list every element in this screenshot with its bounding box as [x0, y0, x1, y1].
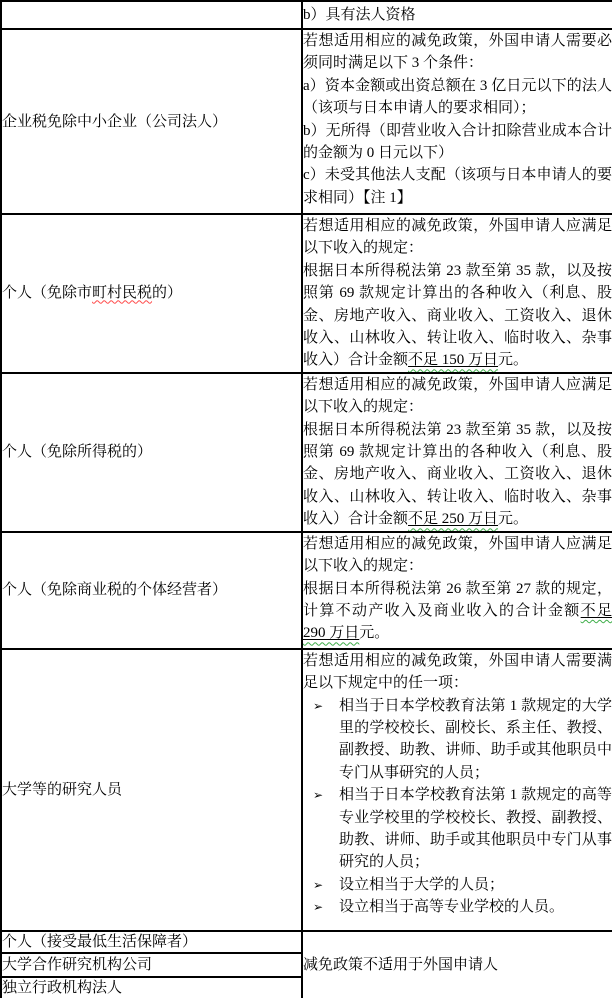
arrow-bullet-icon: ➢ [303, 896, 339, 918]
text-run: 若想适用相应的减免政策，外国申请人应满足以下收入的规定： [303, 536, 612, 574]
text-run: 个人（接受最低生活保障者） [2, 934, 197, 950]
text-run: b）无所得（即营业收入合计扣除营业成本合计的金额为 0 日元以下） [303, 123, 612, 161]
text-run: 独立行政机构法人 [2, 980, 122, 996]
category-cell: 个人（接受最低生活保障者） [1, 931, 302, 953]
category-cell: 个人（免除商业税的个体经营者） [1, 532, 302, 649]
category-cell [1, 1, 302, 29]
text-run: 设立相当于大学的人员； [339, 877, 504, 893]
policy-paragraph: 根据日本所得税法第 26 款至第 27 款的规定，计算不动产收入及商业收入的合计… [303, 578, 612, 645]
category-cell: 独立行政机构法人 [1, 977, 302, 998]
text-run: c）未受其他法人支配（该项与日本申请人的要求相同）【注 1】 [303, 167, 612, 205]
row-individual-minimum-living-allowance: 个人（接受最低生活保障者）减免政策不适用于外国申请人 [1, 931, 612, 953]
tax-exemption-policy-table: b）具有法人资格企业税免除中小企业（公司法人）若想适用相应的减免政策，外国申请人… [0, 0, 612, 998]
not-applicable-note: 减免政策不适用于外国申请人 [303, 957, 498, 973]
policy-paragraph: a）资本金额或出资总额在 3 亿日元以下的法人（该项与日本申请人的要求相同）； [303, 75, 612, 120]
bullet-item-text: 相当于日本学校教育法第 1 款规定的高等专业学校里的学校校长、教授、副教授、助教… [339, 784, 612, 874]
text-run: 设立相当于高等专业学校的人员。 [339, 899, 564, 915]
category-cell: 个人（免除市町村民税的） [1, 214, 302, 373]
underlined-amount: 不足 250 万日 [408, 511, 498, 527]
text-run: a）资本金额或出资总额在 3 亿日元以下的法人（该项与日本申请人的要求相同）； [303, 78, 612, 116]
policy-paragraph: b）无所得（即营业收入合计扣除营业成本合计的金额为 0 日元以下） [303, 120, 612, 165]
bullet-item-text: 设立相当于高等专业学校的人员。 [339, 896, 612, 918]
text-run: b）具有法人资格 [303, 7, 416, 23]
category-cell: 大学合作研究机构公司 [1, 953, 302, 977]
category-cell: 企业税免除中小企业（公司法人） [1, 29, 302, 214]
category-cell: 大学等的研究人员 [1, 649, 302, 931]
text-run: 个人（免除市 [2, 285, 92, 301]
bullet-item: ➢设立相当于大学的人员； [303, 874, 612, 896]
bullet-item: ➢相当于日本学校教育法第 1 款规定的大学里的学校校长、副校长、系主任、教授、副… [303, 695, 612, 785]
policy-paragraph: 根据日本所得税法第 23 款至第 35 款，以及按照第 69 款规定计算出的各种… [303, 419, 612, 531]
document-page: b）具有法人资格企业税免除中小企业（公司法人）若想适用相应的减免政策，外国申请人… [0, 0, 612, 998]
spellcheck-flagged-text: 町村民税 [92, 285, 152, 301]
policy-paragraph: 若想适用相应的减免政策，外国申请人需要必须同时满足以下 3 个条件： [303, 30, 612, 75]
text-run: 个人（免除商业税的个体经营者） [2, 582, 227, 598]
policy-paragraph: b）具有法人资格 [303, 4, 612, 26]
grammar-flagged-text: 不足 150 万日 [408, 352, 498, 368]
row-individual-business-tax: 个人（免除商业税的个体经营者）若想适用相应的减免政策，外国申请人应满足以下收入的… [1, 532, 612, 649]
text-run: 若想适用相应的减免政策，外国申请人应满足以下收入的规定： [303, 218, 612, 256]
policy-cell: 若想适用相应的减免政策，外国申请人需要满足以下规定中的任一项：➢相当于日本学校教… [302, 649, 612, 931]
arrow-bullet-icon: ➢ [303, 784, 339, 806]
row-legal-person-qualification: b）具有法人资格 [1, 1, 612, 29]
text-run: 企业税免除中小企业（公司法人） [2, 114, 227, 130]
policy-cell: 若想适用相应的减免政策，外国申请人应满足以下收入的规定：根据日本所得税法第 23… [302, 214, 612, 373]
bullet-item-text: 设立相当于大学的人员； [339, 874, 612, 896]
row-university-researchers: 大学等的研究人员若想适用相应的减免政策，外国申请人需要满足以下规定中的任一项：➢… [1, 649, 612, 931]
category-cell: 个人（免除所得税的） [1, 373, 302, 532]
arrow-bullet-icon: ➢ [303, 695, 339, 717]
text-run: 元。 [359, 625, 389, 641]
text-run: 元。 [498, 352, 528, 368]
text-run: 若想适用相应的减免政策，外国申请人应满足以下收入的规定： [303, 377, 612, 415]
policy-paragraph: 根据日本所得税法第 23 款至第 35 款，以及按照第 69 款规定计算出的各种… [303, 260, 612, 372]
merged-policy-cell: 减免政策不适用于外国申请人 [302, 931, 612, 998]
row-corporate-tax-sme: 企业税免除中小企业（公司法人）若想适用相应的减免政策，外国申请人需要必须同时满足… [1, 29, 612, 214]
text-run: 根据日本所得税法第 26 款至第 27 款的规定，计算不动产收入及商业收入的合计… [303, 581, 612, 619]
text-run: 大学等的研究人员 [2, 782, 122, 798]
text-run: 元。 [498, 511, 528, 527]
arrow-bullet-icon: ➢ [303, 874, 339, 896]
text-run: 若想适用相应的减免政策，外国申请人需要满足以下规定中的任一项： [303, 653, 612, 691]
policy-paragraph: 若想适用相应的减免政策，外国申请人应满足以下收入的规定： [303, 215, 612, 260]
bullet-item: ➢相当于日本学校教育法第 1 款规定的高等专业学校里的学校校长、教授、副教授、助… [303, 784, 612, 874]
policy-cell: 若想适用相应的减免政策，外国申请人需要必须同时满足以下 3 个条件：a）资本金额… [302, 29, 612, 214]
text-run: 个人（免除所得税的） [2, 444, 152, 460]
bullet-item: ➢设立相当于高等专业学校的人员。 [303, 896, 612, 918]
text-run: 的） [152, 285, 182, 301]
policy-paragraph: 若想适用相应的减免政策，外国申请人应满足以下收入的规定： [303, 374, 612, 419]
policy-cell: 若想适用相应的减免政策，外国申请人应满足以下收入的规定：根据日本所得税法第 23… [302, 373, 612, 532]
policy-cell: 若想适用相应的减免政策，外国申请人应满足以下收入的规定：根据日本所得税法第 26… [302, 532, 612, 649]
policy-paragraph: 若想适用相应的减免政策，外国申请人应满足以下收入的规定： [303, 533, 612, 578]
policy-paragraph: c）未受其他法人支配（该项与日本申请人的要求相同）【注 1】 [303, 164, 612, 209]
text-run: 若想适用相应的减免政策，外国申请人需要必须同时满足以下 3 个条件： [303, 33, 612, 71]
text-run: 相当于日本学校教育法第 1 款规定的大学里的学校校长、副校长、系主任、教授、副教… [339, 698, 612, 781]
underlined-amount: 不足 150 万日 [408, 352, 498, 368]
text-run: 大学合作研究机构公司 [2, 957, 152, 973]
policy-paragraph: 若想适用相应的减免政策，外国申请人需要满足以下规定中的任一项： [303, 650, 612, 695]
row-individual-income-tax: 个人（免除所得税的）若想适用相应的减免政策，外国申请人应满足以下收入的规定：根据… [1, 373, 612, 532]
policy-cell: b）具有法人资格 [302, 1, 612, 29]
row-individual-municipal-tax: 个人（免除市町村民税的）若想适用相应的减免政策，外国申请人应满足以下收入的规定：… [1, 214, 612, 373]
grammar-flagged-text: 不足 250 万日 [408, 511, 498, 527]
text-run: 相当于日本学校教育法第 1 款规定的高等专业学校里的学校校长、教授、副教授、助教… [339, 787, 612, 870]
bullet-item-text: 相当于日本学校教育法第 1 款规定的大学里的学校校长、副校长、系主任、教授、副教… [339, 695, 612, 785]
